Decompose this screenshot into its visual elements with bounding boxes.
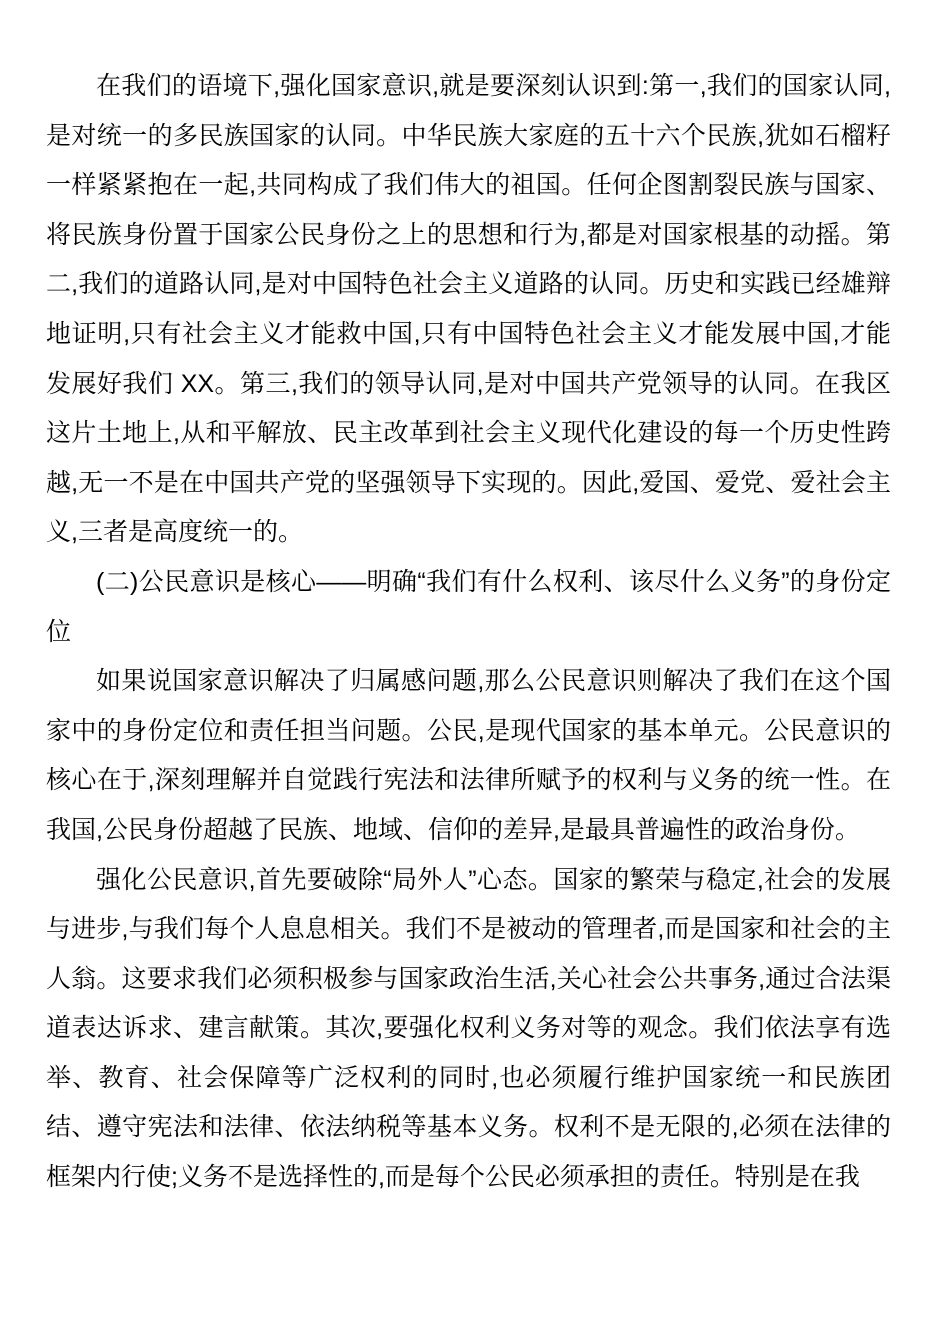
- body-paragraph-rights-obligations: 强化公民意识,首先要破除“局外人”心态。国家的繁荣与稳定,社会的发展与进步,与我…: [46, 856, 891, 1203]
- document-page: 在我们的语境下,强化国家意识,就是要深刻认识到:第一,我们的国家认同,是对统一的…: [0, 0, 950, 1344]
- body-paragraph-national-identity: 在我们的语境下,强化国家意识,就是要深刻认识到:第一,我们的国家认同,是对统一的…: [46, 62, 891, 558]
- document-text-area: 在我们的语境下,强化国家意识,就是要深刻认识到:第一,我们的国家认同,是对统一的…: [46, 62, 891, 1203]
- body-paragraph-citizen-role: 如果说国家意识解决了归属感问题,那么公民意识则解决了我们在这个国家中的身份定位和…: [46, 657, 891, 855]
- section-heading-citizen-awareness: (二)公民意识是核心——明确“我们有什么权利、该尽什么义务”的身份定位: [46, 558, 891, 657]
